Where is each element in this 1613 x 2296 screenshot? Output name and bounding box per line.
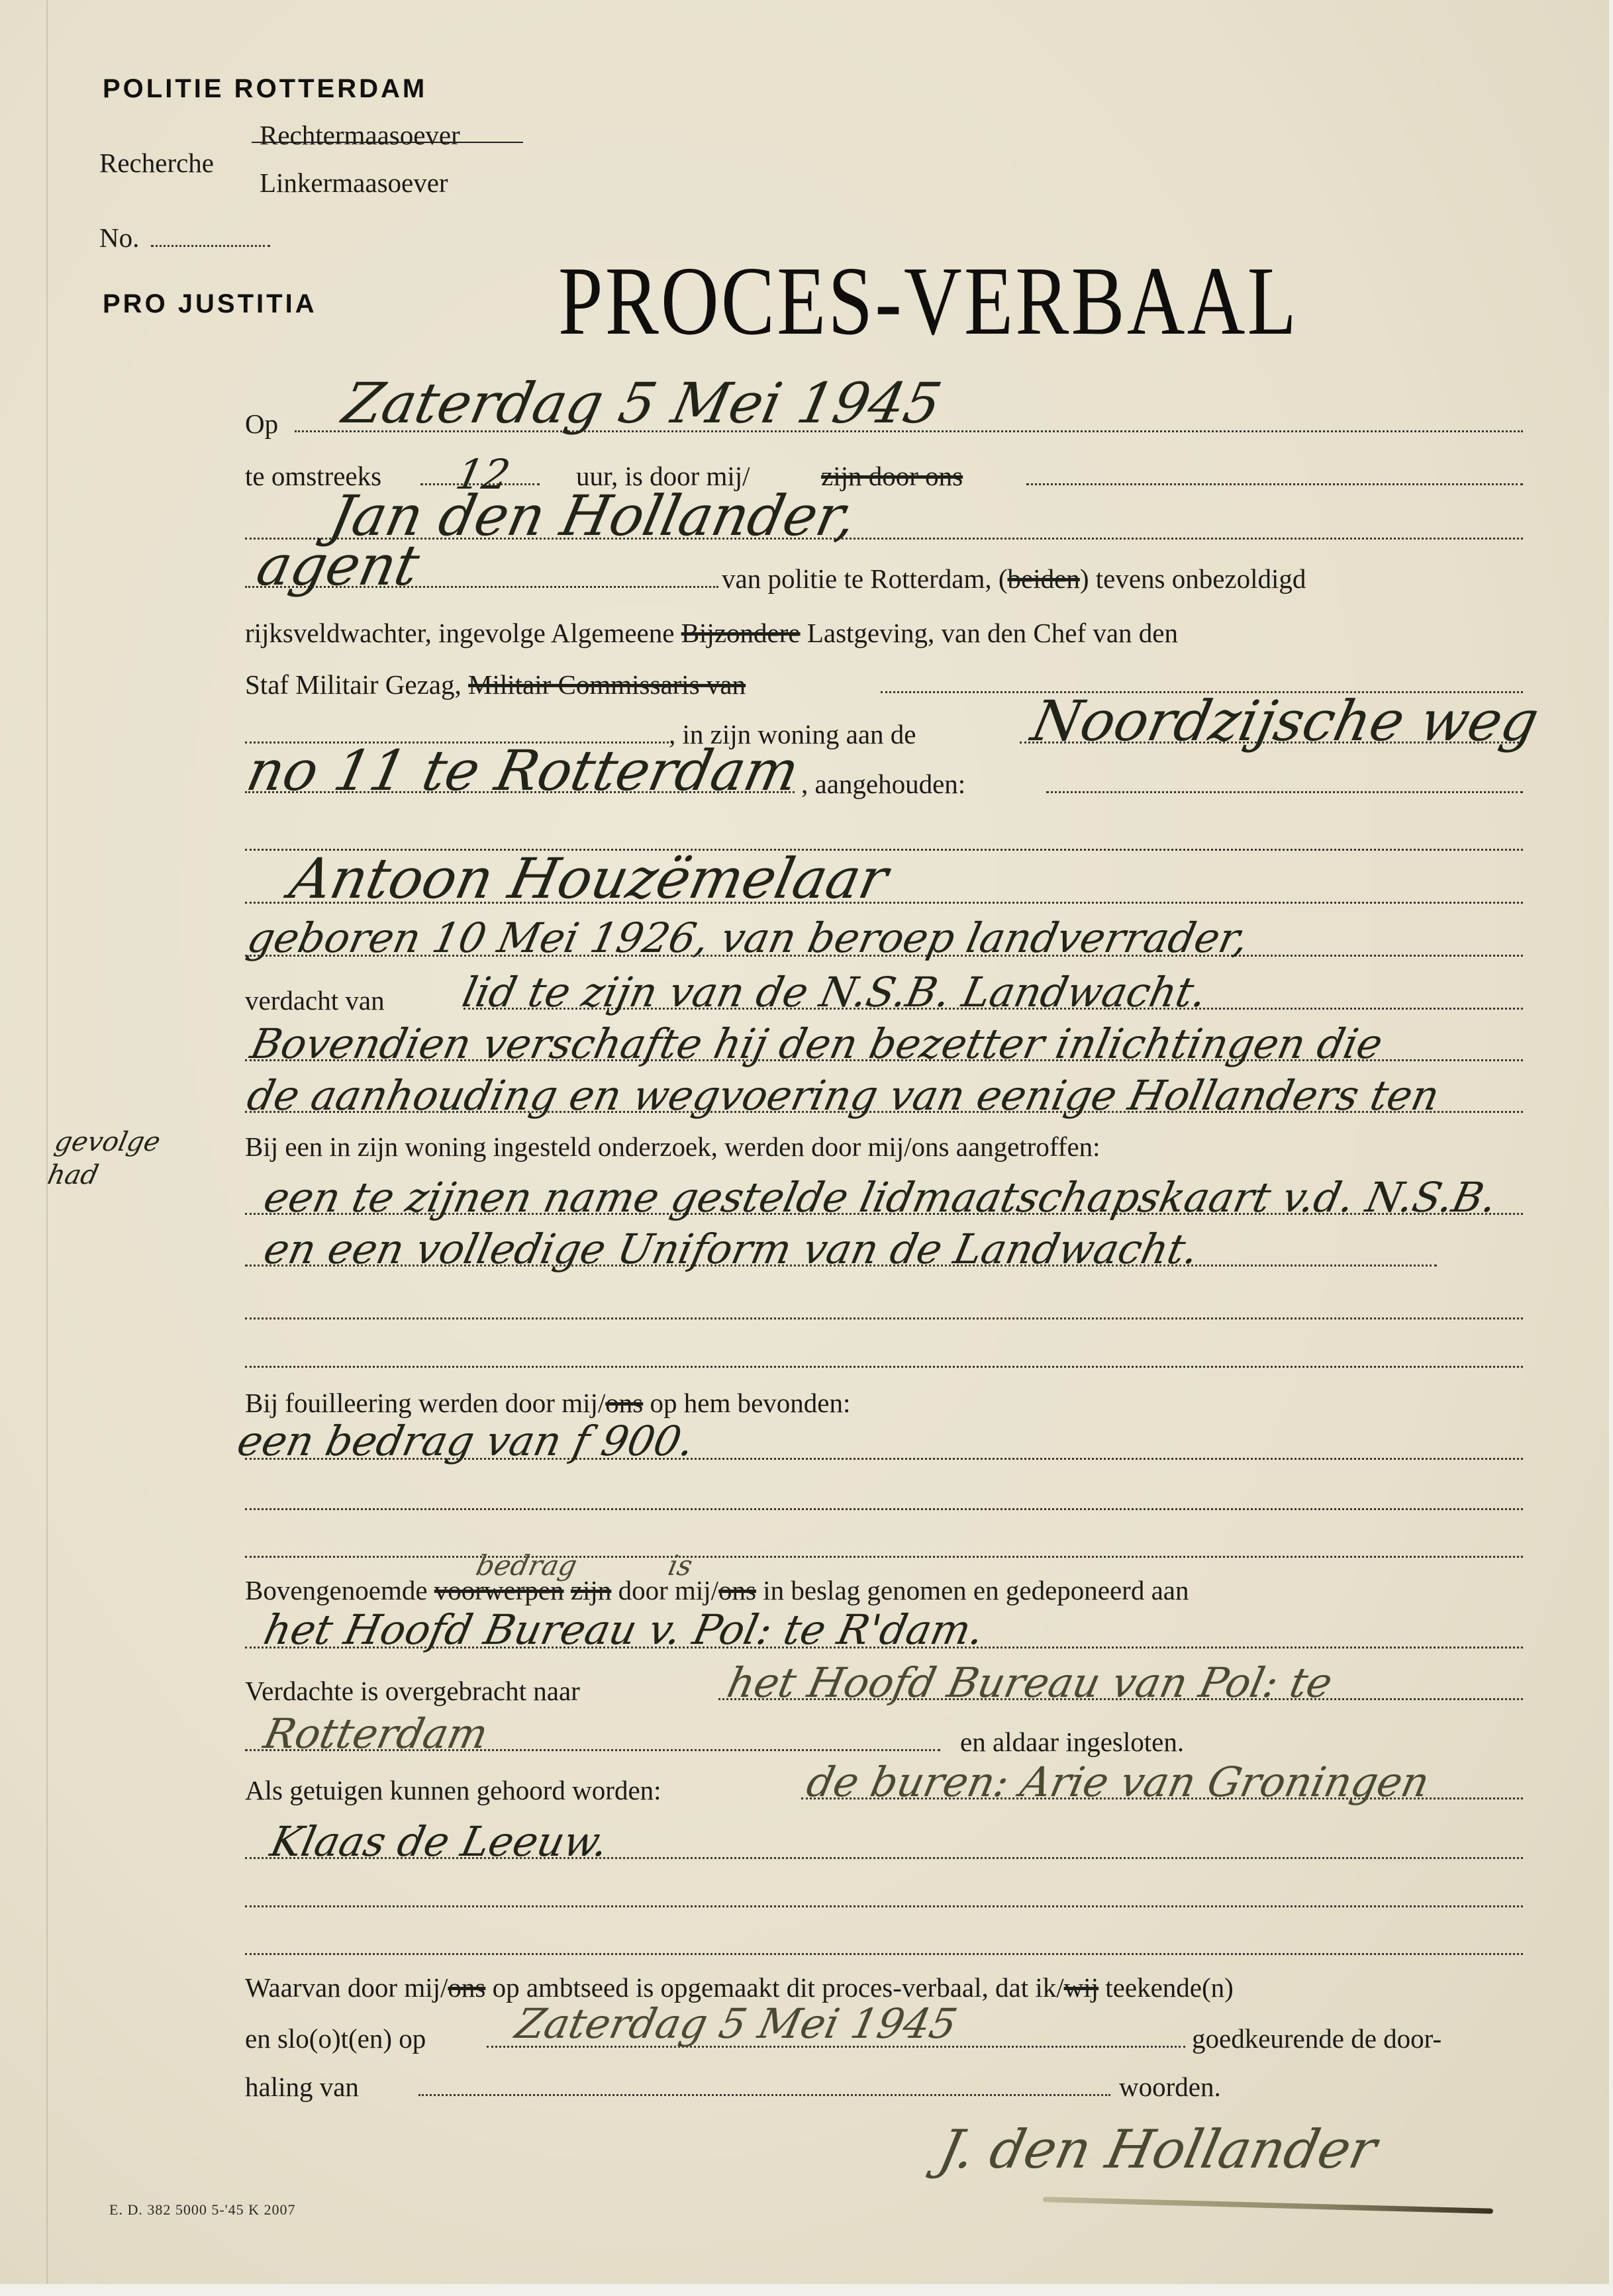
- struck-voorwerpen: voorwerpen: [434, 1575, 564, 1605]
- closing-line-1: Waarvan door mij/ons op ambtseed is opge…: [245, 1972, 1234, 2003]
- number-field[interactable]: [151, 245, 270, 247]
- transferred-to-1[interactable]: het Hoofd Bureau van Pol: te: [723, 1658, 1336, 1707]
- witness-line-3: [245, 1905, 1523, 1907]
- struck-words-count-line[interactable]: [418, 2094, 1110, 2096]
- department-label: Recherche: [99, 147, 214, 179]
- signature: J. den Hollander: [934, 2119, 1382, 2180]
- rank-text: van politie te Rotterdam, (beiden) teven…: [722, 563, 1306, 595]
- branch-option-right-bank: Rechtermaasoever: [260, 119, 460, 151]
- transferred-to-2[interactable]: Rotterdam: [260, 1709, 492, 1758]
- authority-line-2: Staf Militair Gezag, Militair Commissari…: [245, 669, 746, 700]
- struck-wij: wij: [1064, 1972, 1099, 2003]
- closing-line-2-label: en slo(o)t(en) op: [245, 2023, 426, 2054]
- struck-commissaris: Militair Commissaris van: [468, 669, 746, 700]
- branch-divider: [252, 142, 523, 143]
- officer-rank[interactable]: agent: [252, 533, 425, 598]
- closing-line-3-label: haling van: [245, 2071, 359, 2103]
- address-street[interactable]: Noordzijsche weg: [1026, 689, 1545, 753]
- seized-label: Bovengenoemde voorwerpen zijn door mij/o…: [245, 1574, 1189, 1606]
- witness-1[interactable]: de buren: Arie van Groningen: [803, 1758, 1434, 1806]
- search-label: Bij een in zijn woning ingesteld onderzo…: [245, 1131, 1100, 1163]
- struck-bijzondere: Bijzondere: [681, 618, 801, 648]
- frisk-label: Bij fouilleering werden door mij/ons op …: [245, 1387, 850, 1419]
- frisk-found-value[interactable]: een bedrag van f 900.: [233, 1417, 699, 1465]
- closing-line-2-after: goedkeurende de door-: [1192, 2023, 1442, 2054]
- paper-fold-crease: [46, 0, 48, 2284]
- struck-ons: ons: [605, 1388, 643, 1418]
- suspicion-continued-1[interactable]: Bovendien verschafte hij den bezetter in…: [246, 1020, 1387, 1068]
- closing-date[interactable]: Zaterdag 5 Mei 1945: [511, 1999, 961, 2048]
- number-label: No.: [99, 222, 139, 254]
- frisk-line-3: [245, 1556, 1523, 1558]
- page-title: PROCES-VERBAAL: [558, 245, 1298, 358]
- margin-note: gevolge had: [44, 1125, 158, 1192]
- struck-zijn: zijn: [571, 1575, 611, 1605]
- pro-justitia-label: PRO JUSTITIA: [103, 289, 317, 319]
- suspect-name[interactable]: Antoon Houzëmelaar: [285, 846, 894, 911]
- struck-beiden: beiden: [1008, 563, 1080, 594]
- organization-name: POLITIE ROTTERDAM: [103, 74, 427, 104]
- seized-where[interactable]: het Hoofd Bureau v. Pol: te R'dam.: [260, 1605, 989, 1654]
- witness-line-4: [245, 1953, 1523, 1955]
- witness-label: Als getuigen kunnen gehoord worden:: [245, 1774, 661, 1806]
- transferred-label: Verdachte is overgebracht naar: [245, 1675, 580, 1707]
- witness-2[interactable]: Klaas de Leeuw.: [266, 1817, 612, 1866]
- address-number-city[interactable]: no 11 te Rotterdam: [242, 738, 805, 803]
- date-label: Op: [245, 408, 278, 440]
- frisk-line-2: [245, 1508, 1523, 1510]
- suspicion-label: verdacht van: [245, 984, 385, 1016]
- aangehouden-trailing-line: [1046, 791, 1523, 793]
- print-code: E. D. 382 5000 5-'45 K 2007: [109, 2201, 296, 2219]
- suspicion-value[interactable]: lid te zijn van de N.S.B. Landwacht.: [458, 968, 1211, 1016]
- time-trailing-line: [1026, 483, 1523, 485]
- closing-line-3-after: woorden.: [1119, 2071, 1221, 2103]
- found-item-2[interactable]: en een volledige Uniform van de Landwach…: [260, 1225, 1202, 1273]
- date-value[interactable]: Zaterdag 5 Mei 1945: [338, 371, 947, 436]
- aangehouden-label: , aangehouden:: [801, 768, 965, 800]
- struck-ons-3: ons: [448, 1972, 485, 2003]
- struck-ons-2: ons: [718, 1575, 756, 1605]
- branch-option-left-bank: Linkermaasoever: [260, 167, 448, 199]
- authority-line-1: rijksveldwachter, ingevolge Algemeene Bi…: [245, 617, 1178, 649]
- found-item-1[interactable]: een te zijnen name gestelde lidmaatschap…: [260, 1173, 1501, 1221]
- suspect-birth[interactable]: geboren 10 Mei 1926, van beroep landverr…: [243, 914, 1253, 962]
- suspicion-continued-2[interactable]: de aanhouding en wegvoering van eenige H…: [243, 1071, 1443, 1120]
- locked-label: en aldaar ingesloten.: [960, 1726, 1184, 1758]
- found-line-3: [245, 1317, 1523, 1319]
- found-line-4: [245, 1366, 1523, 1368]
